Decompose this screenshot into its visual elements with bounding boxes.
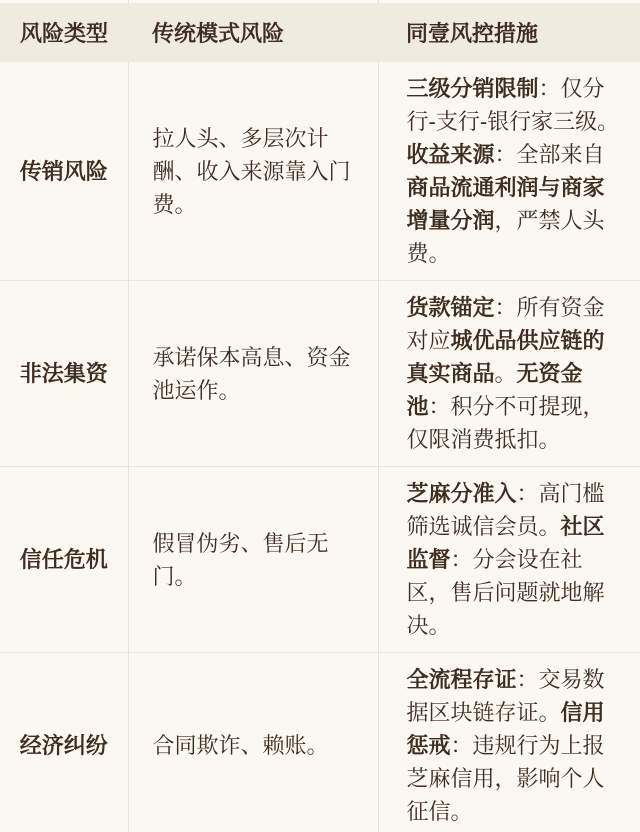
risk-comparison-page: 风险类型 传统模式风险 同壹风控措施 传销风险 拉人头、多层次计酬、收入来源靠入… <box>0 0 640 832</box>
measure-term: 收益来源 <box>407 142 495 167</box>
risk-type-cell: 传销风险 <box>0 62 128 281</box>
measure-term: 芝麻分准入 <box>407 481 517 506</box>
measure-text: ：全部来自 <box>495 142 605 167</box>
column-divider <box>128 0 129 3</box>
table-row-pyramid-scheme: 传销风险 拉人头、多层次计酬、收入来源靠入门费。 三级分销限制：仅分行-支行-银… <box>0 62 640 281</box>
measure-text: 。 <box>495 361 517 386</box>
traditional-risk-cell: 合同欺诈、赖账。 <box>128 653 378 832</box>
measure-text: ：积分不可提现，仅限消费抵扣。 <box>407 394 605 452</box>
table-row-illegal-fundraising: 非法集资 承诺保本高息、资金池运作。 货款锚定：所有资金对应城优品供应链的真实商… <box>0 281 640 467</box>
traditional-risk-cell: 拉人头、多层次计酬、收入来源靠入门费。 <box>128 62 378 281</box>
header-risk-type: 风险类型 <box>0 3 128 62</box>
column-divider <box>378 0 379 3</box>
measure-term: 三级分销限制 <box>407 76 539 101</box>
header-control-measures: 同壹风控措施 <box>378 3 640 62</box>
control-measures-cell: 全流程存证：交易数据区块链存证。信用惩戒：违规行为上报芝麻信用，影响个人征信。 <box>378 653 640 832</box>
risk-type-cell: 非法集资 <box>0 281 128 467</box>
measure-term: 货款锚定 <box>407 295 495 320</box>
table-body: 传销风险 拉人头、多层次计酬、收入来源靠入门费。 三级分销限制：仅分行-支行-银… <box>0 62 640 832</box>
risk-comparison-table: 风险类型 传统模式风险 同壹风控措施 传销风险 拉人头、多层次计酬、收入来源靠入… <box>0 3 640 832</box>
header-traditional-risk: 传统模式风险 <box>128 3 378 62</box>
previous-row-sliver <box>0 0 640 3</box>
risk-type-cell: 经济纠纷 <box>0 653 128 832</box>
table-row-trust-crisis: 信任危机 假冒伪劣、售后无门。 芝麻分准入：高门槛筛选诚信会员。社区监督：分会设… <box>0 467 640 653</box>
header-row: 风险类型 传统模式风险 同壹风控措施 <box>0 3 640 62</box>
traditional-risk-cell: 假冒伪劣、售后无门。 <box>128 467 378 653</box>
control-measures-cell: 芝麻分准入：高门槛筛选诚信会员。社区监督：分会设在社区，售后问题就地解决。 <box>378 467 640 653</box>
control-measures-cell: 三级分销限制：仅分行-支行-银行家三级。收益来源：全部来自商品流通利润与商家增量… <box>378 62 640 281</box>
traditional-risk-cell: 承诺保本高息、资金池运作。 <box>128 281 378 467</box>
table-row-economic-dispute: 经济纠纷 合同欺诈、赖账。 全流程存证：交易数据区块链存证。信用惩戒：违规行为上… <box>0 653 640 832</box>
control-measures-cell: 货款锚定：所有资金对应城优品供应链的真实商品。无资金池：积分不可提现，仅限消费抵… <box>378 281 640 467</box>
table-header: 风险类型 传统模式风险 同壹风控措施 <box>0 3 640 62</box>
measure-term: 全流程存证 <box>407 667 517 692</box>
risk-type-cell: 信任危机 <box>0 467 128 653</box>
